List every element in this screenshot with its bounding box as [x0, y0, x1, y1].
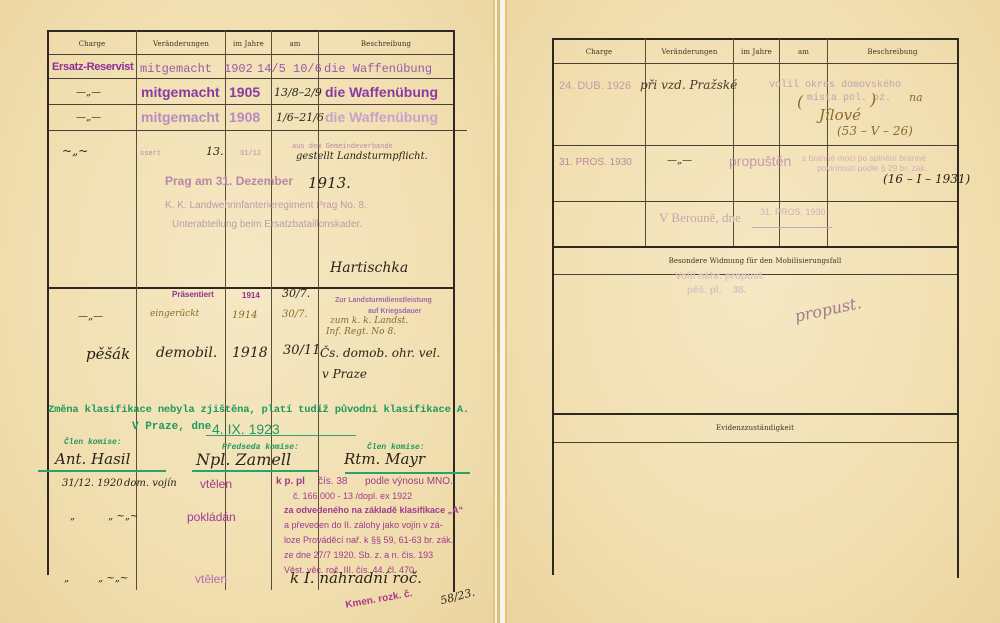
- date-underline: [206, 435, 356, 436]
- table-left-border: [47, 30, 49, 575]
- date-stamp: 31. PROS. 1930: [559, 157, 632, 168]
- ditto-mark: —„—: [667, 155, 692, 166]
- entry-rank-ditto: „ ~„~: [108, 511, 138, 522]
- header-description: Beschreibung: [319, 40, 453, 48]
- district-stamp-line2: místa pol. oz.: [807, 93, 891, 104]
- rank-handwritten: pěšák: [86, 345, 130, 363]
- handwritten-date: 30/7.: [282, 287, 310, 300]
- bracket-open: (: [797, 92, 803, 111]
- ditto-mark: —„—: [76, 112, 101, 123]
- row-line: [47, 130, 467, 131]
- member-signature-right: Rtm. Mayr: [344, 450, 425, 468]
- handwritten-na: na: [909, 91, 923, 104]
- left-page: Charge Veränderungen im Jahre am Beschre…: [0, 0, 495, 623]
- ditto-mark: —„—: [78, 311, 103, 322]
- mno-stamp-number: čís. 38: [318, 476, 347, 487]
- regiment-stamp-line2: Unterabteilung beim Ersatzbataillonskade…: [172, 219, 362, 230]
- kmen-number: 58/23.: [439, 586, 476, 608]
- description-stamp: die Waffenübung: [325, 84, 438, 100]
- header-changes: Veränderungen: [646, 48, 733, 56]
- header-description: Beschreibung: [828, 48, 957, 56]
- mobilization-stamp-line1: Volil náhr. propust.: [675, 271, 765, 282]
- handwritten-date: 13/8–2/9: [274, 86, 322, 99]
- handwritten-note: při vzd. Pražské: [640, 78, 737, 92]
- description-stamp: die Waffenübung: [324, 62, 432, 76]
- signature-line-center: [192, 470, 318, 472]
- handwritten-place: Jílové: [819, 106, 861, 124]
- officer-signature: Hartischka: [330, 260, 408, 276]
- table-left-border: [552, 38, 554, 575]
- mno-stamp-decree: podle výnosu MNO.: [365, 476, 453, 487]
- entry-ditto: „: [64, 573, 69, 584]
- change-handwritten: eingerückt: [150, 309, 199, 319]
- date-stamp: 24. DUB. 1926: [559, 80, 631, 92]
- bracket-close: ): [870, 90, 876, 109]
- entry-rank-ditto: „ ~„~: [98, 573, 128, 584]
- handwritten-year: 1913.: [308, 174, 351, 192]
- mno-stamp-line6: ze dne 27/7 1920. Sb. z. a n. čís. 193: [284, 550, 433, 560]
- table-top-border: [552, 38, 957, 40]
- year-stamp: 1902: [224, 62, 253, 76]
- row-line: [552, 145, 957, 146]
- mno-stamp-line4: a převeden do II. zálohy jako vojín v zá…: [284, 520, 443, 530]
- date-handwritten: 30/11: [283, 343, 320, 358]
- reserve-year-handwritten: k I. náhradní roč.: [290, 569, 422, 587]
- landsturm-stamp-line1: Zur Landsturmdienstleistung: [335, 297, 432, 304]
- row-line: [552, 201, 957, 202]
- col-divider: [225, 30, 226, 590]
- year-handwritten: 1918: [232, 345, 268, 361]
- presented-year-stamp: 1914: [242, 291, 260, 300]
- section-line: [552, 442, 957, 443]
- signature-line-left: [38, 470, 166, 472]
- kmen-stamp: Kmen. rozk. č.: [345, 588, 414, 611]
- entry-ditto: „: [70, 511, 75, 522]
- member-label-left: Člen komise:: [64, 438, 122, 447]
- mno-stamp-prefix: k p. pl: [276, 476, 305, 487]
- change-stamp: mitgemacht: [141, 109, 220, 125]
- table-top-border: [47, 30, 454, 32]
- entry-action-stamp: pokládán: [187, 510, 236, 524]
- ditto-mark: —„—: [76, 87, 101, 98]
- header-date: am: [272, 40, 318, 48]
- presented-stamp: Präsentiert: [172, 290, 214, 299]
- header-bottom-line: [552, 63, 957, 64]
- col-divider: [645, 38, 646, 246]
- mno-stamp-line2: č. 166.000 - 13 /dopl. ex 1922: [293, 491, 412, 501]
- change-handwritten: demobil.: [156, 345, 217, 361]
- signature-line-right: [345, 472, 470, 474]
- header-charge: Charge: [553, 48, 645, 56]
- description-handwritten-line1: zum k. k. Landst.: [330, 316, 408, 326]
- landsturm-stamp-line2: auf Kriegsdauer: [368, 308, 421, 315]
- date-stamp: 31. PROS. 1930: [760, 207, 826, 217]
- date-stamp: 31/12: [240, 150, 261, 158]
- entry-date: 31/12. 1920: [62, 478, 123, 489]
- handwritten-reference: (16 – I – 1931): [883, 172, 970, 186]
- date-handwritten: 30/7.: [282, 309, 308, 320]
- district-stamp-line1: volil okres domovského: [769, 80, 901, 91]
- header-charge: Charge: [48, 40, 136, 48]
- row-line: [47, 104, 454, 105]
- discharge-stamp: propuštěn: [729, 153, 791, 169]
- row-line: [552, 246, 957, 248]
- handwritten-number: 13.: [206, 145, 224, 158]
- entry-action-stamp: vtělen: [195, 572, 227, 586]
- change-stamp: mitgemacht: [140, 62, 212, 76]
- place-stamp: V Berouně, dne: [659, 210, 741, 226]
- date-underline: [752, 227, 832, 228]
- classification-place: V Praze, dne: [132, 421, 211, 433]
- description-stamp-line1: aus dem Gemeindeverbande: [292, 143, 393, 151]
- chair-signature: Npl. Zamell: [196, 450, 291, 469]
- col-divider: [827, 38, 828, 246]
- col-divider: [271, 30, 272, 590]
- year-stamp: 1908: [229, 109, 260, 125]
- col-divider: [136, 30, 137, 590]
- handwritten-reference: (53 – V – 26): [837, 124, 913, 138]
- regiment-stamp-line1: K. K. Landwehrinfanterieregiment Prag No…: [165, 200, 367, 211]
- description-handwritten-line2: Inf. Regt. No 8.: [326, 327, 396, 337]
- binding-tape: [497, 0, 500, 623]
- header-changes: Veränderungen: [137, 40, 225, 48]
- place-date-stamp: Prag am 31. Dezember: [165, 174, 293, 188]
- header-date: am: [780, 48, 827, 56]
- rank-stamp: Ersatz-Reservist: [52, 61, 133, 73]
- table-right-border: [957, 38, 959, 578]
- change-stamp-fragment: ssert: [140, 150, 161, 158]
- row-line: [47, 287, 454, 289]
- discharge-desc-line1: z branné moci po splnění branné: [802, 153, 926, 163]
- entry-action-stamp: vtělen: [200, 477, 232, 491]
- mobilization-signature: propust.: [793, 293, 863, 326]
- mno-stamp-line5: loze Prováděcí nař. k §§ 59, 61-63 br. z…: [284, 535, 453, 545]
- mobilization-section-title: Besondere Widmung für den Mobilisierungs…: [553, 257, 957, 265]
- header-bottom-line: [47, 54, 454, 55]
- evidence-section-title: Evidenzzuständigkeit: [553, 424, 957, 432]
- section-line: [552, 413, 957, 415]
- date-stamp: 14/5 10/6: [257, 62, 322, 76]
- ditto-mark: ~„~: [62, 144, 88, 158]
- year-stamp: 1905: [229, 84, 260, 100]
- row-line: [47, 78, 454, 79]
- mobilization-stamp-line2: pěš. pl. 38.: [687, 285, 746, 296]
- header-year: im Jahre: [226, 40, 271, 48]
- year-handwritten: 1914: [232, 310, 257, 321]
- member-signature-left: Ant. Hasil: [55, 450, 130, 468]
- handwritten-date: 1/6–21/6: [276, 111, 324, 124]
- header-year: im Jahre: [734, 48, 779, 56]
- description-stamp: die Waffenübung: [325, 109, 438, 125]
- entry-rank: dom. vojín: [124, 478, 177, 489]
- description-handwritten: gestellt Landsturmpflicht.: [296, 151, 428, 162]
- change-stamp: mitgemacht: [141, 84, 220, 100]
- description-handwritten-line2: v Praze: [322, 367, 367, 381]
- right-page: Charge Veränderungen im Jahre am Beschre…: [505, 0, 1000, 623]
- description-handwritten-line1: Čs. domob. ohr. vel.: [320, 346, 440, 360]
- mno-stamp-line3: za odvedeného na základě klasifikace „A“: [284, 505, 463, 515]
- classification-stamp: Změna klasifikace nebyla zjištěna, platí…: [48, 404, 469, 416]
